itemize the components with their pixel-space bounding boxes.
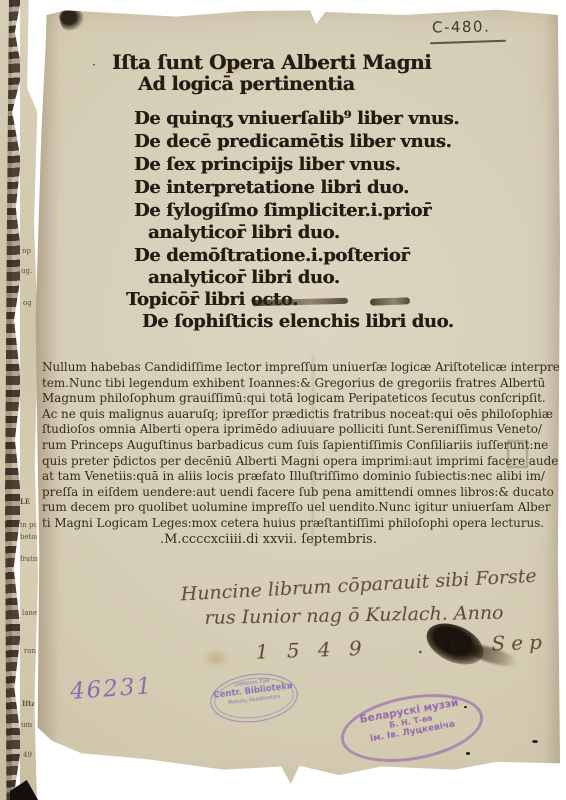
colophon-line: Ac ne quis malignus auaruſq; ipreſſor pr… [42,407,542,423]
paper-stain [202,648,230,668]
inscription-line: Huncine librum cōparauit sibi Forste [180,565,537,606]
page-title-line2: Ad logicā pertinentia [138,73,355,95]
spine-text-fragment: Iſta [22,700,36,707]
work-list-item: De decē predicamētis liber vnus. [134,131,451,152]
colophon-line: at tam Venetiis:quā in aliis locis præfa… [42,469,542,485]
work-list-item-continuation: analyticor̄ libri duo. [148,222,340,243]
colophon-line: preſſa in eiſdem uendere:aut uendi facer… [42,485,542,501]
colophon-line: rum Princeps Auguſtinus barbadicus cum ſ… [42,438,542,454]
work-list-item: De ſex principijs liber vnus. [134,154,401,175]
paper-crease [312,356,314,546]
marginal-dot: · [92,58,96,72]
spine-text-fragment: in po [20,522,38,529]
work-list-item: De interpretatione libri duo. [134,177,409,198]
speck [554,770,557,773]
work-list-item: De ſophiſticis elenchis libri duo. [142,311,454,332]
ink-smudge [252,298,348,307]
colophon-line: ſtudioſos omnia Alberti opera iprimēdo a… [42,422,542,438]
speck [466,752,470,755]
ownership-inscription: Huncine librum cōparauit sibi Forste rus… [180,568,544,690]
ink-smudge [370,297,410,305]
colophon-line: Nullum habebas Candidiſſime lector impre… [42,360,542,376]
spine-text-fragment: ug. [21,268,32,275]
stamp-arc-bottom: Mokslų Akademijos [211,692,297,709]
ink-blot-top [58,5,87,32]
colophon-line: tem.Nunc tibi legendum exhibent Ioannes:… [42,376,542,392]
spine-text-fragment: beton [20,534,40,541]
speck [532,740,538,743]
accession-number: 46231 [69,673,154,705]
spine-text-fragment: np [22,248,31,255]
work-list-item: De ſylogiſmo ſimpliciter.i.prior̄ [134,200,431,221]
colophon-line: rum decem pro quolibet uolumine impreſſo… [42,500,542,516]
spine-text-fragment: fratm [20,556,40,563]
spine-text-fragment: og [23,300,32,307]
spine-text-fragment: um [21,722,32,729]
speck [374,778,377,780]
colophon-line: Magnum philoſophum grauiſſimū:qui totā l… [42,391,542,407]
speck [464,706,467,708]
title-page: C-480. · Iſta ſunt Opera Alberti Magni A… [34,8,560,790]
shelfmark-underline [430,40,506,45]
colophon-paragraph: Nullum habebas Candidiſſime lector impre… [42,360,542,532]
spine-text-fragment: lane [22,610,37,617]
faint-offset-mark [507,440,528,468]
spine-text-fragment: ron [24,648,36,655]
colophon-line: ti Magni Logicam Leges:mox cetera huius … [42,516,542,532]
work-list-item: De demōſtratione.i.poſterior̄ [134,245,409,266]
work-list-item-continuation: analyticor̄ libri duo. [148,267,340,288]
imprint-date-line: .M.ccccxciiii.di xxvii. ſeptembris. [160,532,377,547]
colophon-line: quis preter p̄dictos per decēniū Alberti… [42,454,542,470]
shelfmark-note: C-480. [432,17,491,36]
spine-text-fragment: LE [20,498,30,505]
spine-text-fragment: 49 [23,752,32,759]
inscription-line: rus Iunior nag ō Kuzlach. Anno [204,602,503,629]
binding-waste-leaf: np ug. og LE in po beton fratm lane ron … [20,0,38,800]
museum-oval-stamp: Беларускі музэй Б. Н. Т-ва ім. Ів. Луцке… [336,684,489,772]
work-list-item: De quinqʒ vniuerſalib⁹ liber vnus. [134,108,459,129]
page-title-line1: Iſta ſunt Opera Alberti Magni [112,50,431,74]
